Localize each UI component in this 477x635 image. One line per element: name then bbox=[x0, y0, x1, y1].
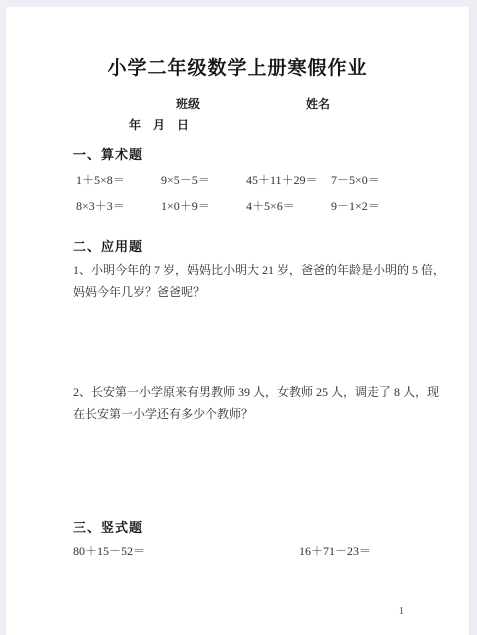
word-problem-2: 2、长安第一小学原来有男教师 39 人，女教师 25 人，调走了 8 人，现在长… bbox=[73, 381, 445, 425]
date-line: 年 月 日 bbox=[129, 116, 189, 133]
vertical-form-expression: 80＋15－52＝ bbox=[73, 542, 296, 559]
word-problem-1: 1、小明今年的 7 岁，妈妈比小明大 21 岁，爸爸的年龄是小明的 5 倍，妈妈… bbox=[73, 259, 445, 303]
vertical-form-row: 80＋15－52＝ 16＋71－23＝ bbox=[73, 542, 371, 559]
arithmetic-expression: 45＋11＋29＝ bbox=[246, 171, 318, 188]
section-vertical-form-heading: 三、竖式题 bbox=[73, 517, 143, 536]
vertical-form-expression: 16＋71－23＝ bbox=[299, 542, 371, 559]
arithmetic-expression: 9×5－5＝ bbox=[161, 171, 210, 188]
worksheet-title: 小学二年级数学上册寒假作业 bbox=[6, 53, 469, 80]
page-number: 1 bbox=[399, 606, 404, 617]
section-word-problems-heading: 二、应用题 bbox=[73, 236, 143, 255]
arithmetic-expression: 8×3＋3＝ bbox=[76, 197, 125, 214]
section-arithmetic-heading: 一、算术题 bbox=[73, 144, 143, 163]
arithmetic-expression: 4＋5×6＝ bbox=[246, 197, 295, 214]
arithmetic-expression: 1＋5×8＝ bbox=[76, 171, 125, 188]
class-label: 班级 bbox=[176, 95, 200, 112]
name-label: 姓名 bbox=[306, 95, 330, 112]
arithmetic-expression: 7－5×0＝ bbox=[331, 171, 380, 188]
arithmetic-expression: 1×0＋9＝ bbox=[161, 197, 210, 214]
arithmetic-expression: 9－1×2＝ bbox=[331, 197, 380, 214]
worksheet-page: 小学二年级数学上册寒假作业 班级 姓名 年 月 日 一、算术题 1＋5×8＝ 9… bbox=[5, 7, 470, 635]
